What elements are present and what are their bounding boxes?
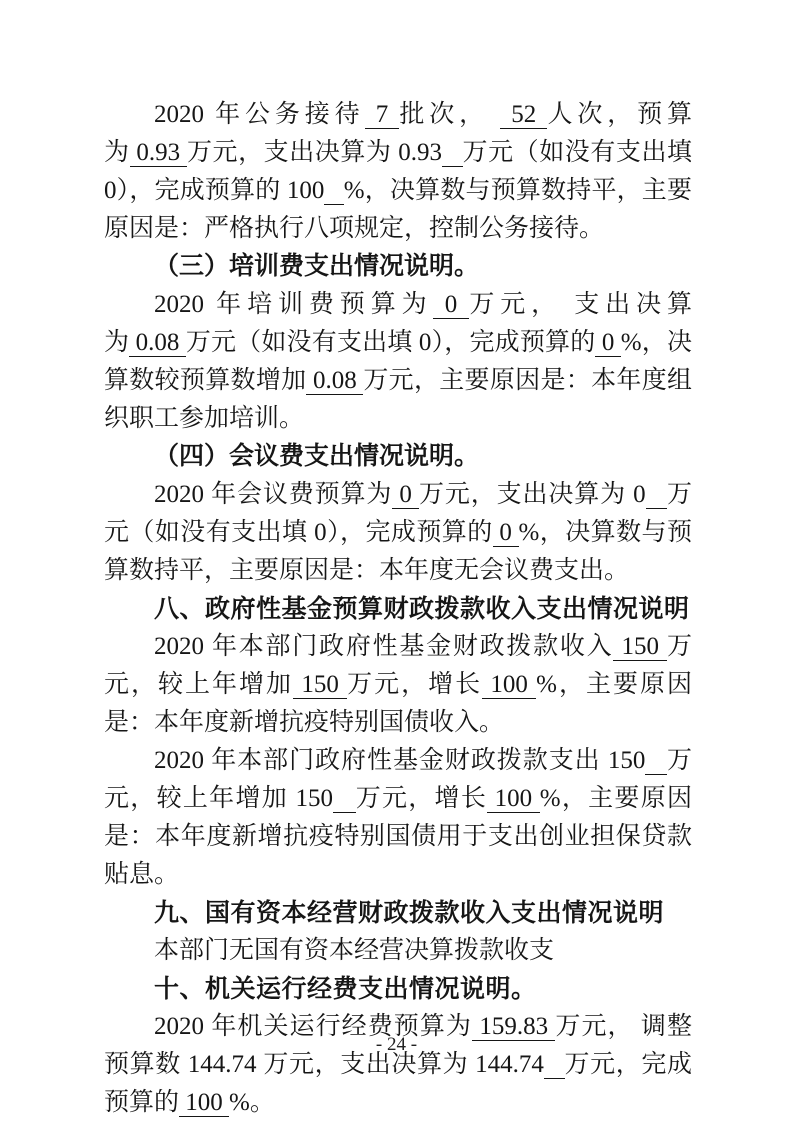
text-segment: 万元，增长 <box>347 671 482 698</box>
text-segment: 本部门无国有资本经营决算拨款收支 <box>154 937 554 964</box>
page-number: - 24 - <box>0 1032 793 1058</box>
heading-agency-operating-expense: 十、机关运行经费支出情况说明。 <box>104 970 692 1008</box>
underlined-value <box>333 785 356 813</box>
underlined-value: 7 <box>365 101 400 129</box>
underlined-value <box>442 139 462 167</box>
underlined-value: 0 <box>392 481 419 509</box>
para-conference-fee: 2020 年会议费预算为 0 万元，支出决算为 0 万元（如没有支出填 0），完… <box>104 476 692 590</box>
underlined-value: 0 <box>493 519 519 547</box>
text-segment: 2020 年培训费预算为 <box>154 291 433 318</box>
underlined-value <box>324 177 343 205</box>
para-state-capital: 本部门无国有资本经营决算拨款收支 <box>104 932 692 970</box>
underlined-value: 0 <box>595 329 620 357</box>
document-body: 2020 年公务接待 7 批次， 52 人次，预算为 0.93 万元，支出决算为… <box>104 96 692 1122</box>
underlined-value: 0.08 <box>129 329 186 357</box>
underlined-value: 0.08 <box>306 367 363 395</box>
document-page: 2020 年公务接待 7 批次， 52 人次，预算为 0.93 万元，支出决算为… <box>0 0 793 1122</box>
para-training-fee: 2020 年培训费预算为 0 万元， 支出决算为 0.08 万元（如没有支出填 … <box>104 286 692 438</box>
text-segment: 2020 年公务接待 <box>154 101 365 128</box>
underlined-value <box>646 481 667 509</box>
underlined-value <box>645 747 667 775</box>
text-segment: 万元，支出决算为 0 <box>419 481 646 508</box>
underlined-value: 0.93 <box>130 139 187 167</box>
para-agency-operating-expense: 2020 年机关运行经费预算为 159.83 万元， 调整预算数 144.74 … <box>104 1008 692 1122</box>
text-segment: 2020 年会议费预算为 <box>154 481 392 508</box>
para-official-reception: 2020 年公务接待 7 批次， 52 人次，预算为 0.93 万元，支出决算为… <box>104 96 692 248</box>
underlined-value: 100 <box>487 785 540 813</box>
heading-training-fee: （三）培训费支出情况说明。 <box>104 248 692 286</box>
para-gov-fund-income: 2020 年本部门政府性基金财政拨款收入 150 万元，较上年增加 150 万元… <box>104 628 692 742</box>
text-segment: 万元（如没有支出填 0），完成预算的 <box>186 329 596 356</box>
heading-state-capital: 九、国有资本经营财政拨款收入支出情况说明 <box>104 894 692 932</box>
underlined-value: 52 <box>500 101 547 129</box>
heading-conference-fee: （四）会议费支出情况说明。 <box>104 438 692 476</box>
text-segment: 2020 年本部门政府性基金财政拨款支出 150 <box>154 747 645 774</box>
text-segment: 2020 年本部门政府性基金财政拨款收入 <box>154 633 613 660</box>
text-segment: 批次， <box>399 101 500 128</box>
underlined-value: 100 <box>179 1089 229 1117</box>
text-segment: 万元，支出决算为 0.93 <box>187 139 442 166</box>
para-gov-fund-expense: 2020 年本部门政府性基金财政拨款支出 150 万元，较上年增加 150 万元… <box>104 742 692 894</box>
text-segment: 万元，增长 <box>356 785 487 812</box>
text-segment: %。 <box>229 1089 275 1116</box>
underlined-value: 150 <box>613 633 667 661</box>
underlined-value: 0 <box>433 291 470 319</box>
underlined-value: 150 <box>293 671 347 699</box>
underlined-value: 100 <box>482 671 536 699</box>
heading-gov-fund-budget: 八、政府性基金预算财政拨款收入支出情况说明 <box>104 590 692 628</box>
